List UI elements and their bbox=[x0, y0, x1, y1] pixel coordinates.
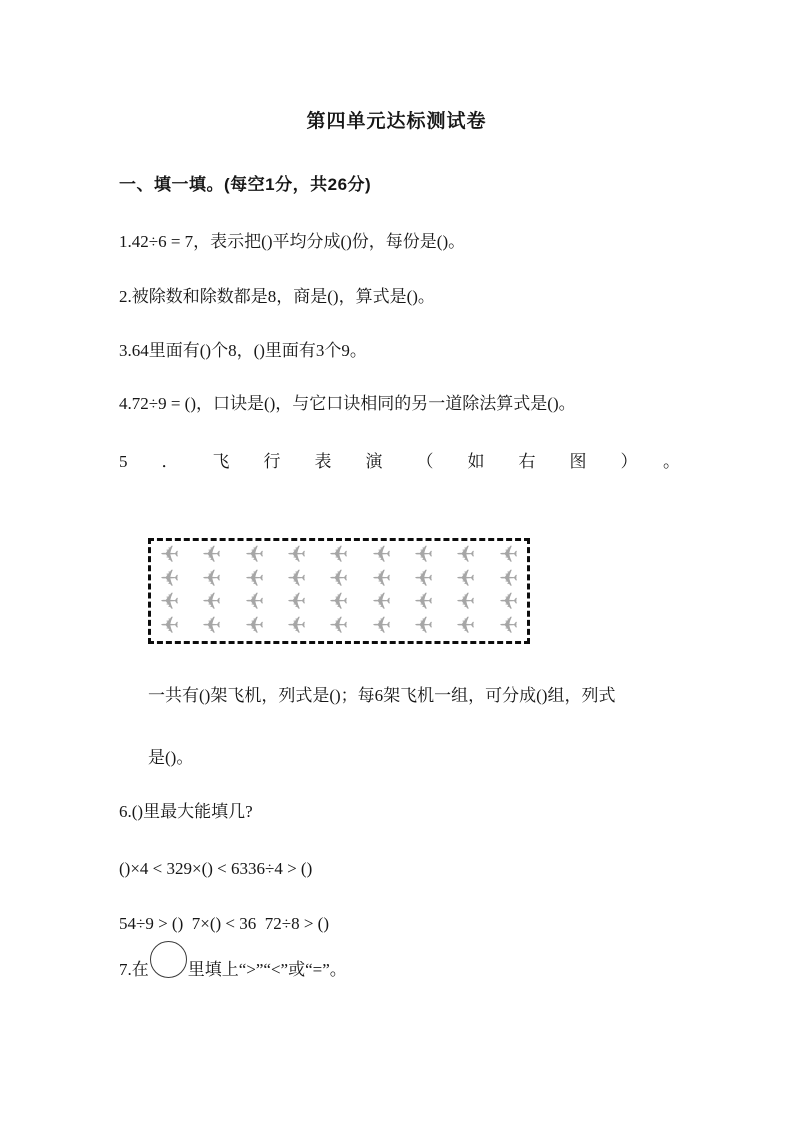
question-3: 3.64里面有()个8，()里面有3个9。 bbox=[119, 338, 367, 363]
airplane-icon: ✈ bbox=[372, 568, 391, 591]
airplane-icon: ✈ bbox=[414, 591, 433, 614]
airplane-icon: ✈ bbox=[202, 591, 221, 614]
airplane-icon: ✈ bbox=[287, 544, 306, 567]
airplane-row: ✈✈✈✈✈✈✈✈✈ bbox=[160, 615, 518, 638]
airplane-icon: ✈ bbox=[245, 591, 264, 614]
airplane-icon: ✈ bbox=[372, 544, 391, 567]
airplane-icon: ✈ bbox=[202, 615, 221, 638]
test-paper-page: 第四单元达标测试卷 一、填一填。(每空1分，共26分) 1.42÷6 = 7，表… bbox=[0, 0, 793, 1122]
airplane-icon: ✈ bbox=[202, 544, 221, 567]
airplane-icon: ✈ bbox=[456, 544, 475, 567]
comparison-circle-shape bbox=[150, 941, 187, 978]
airplane-icon: ✈ bbox=[414, 568, 433, 591]
airplane-icon: ✈ bbox=[499, 615, 518, 638]
airplane-icon: ✈ bbox=[456, 568, 475, 591]
airplane-row: ✈✈✈✈✈✈✈✈✈ bbox=[160, 591, 518, 614]
question-1: 1.42÷6 = 7，表示把()平均分成()份，每份是()。 bbox=[119, 229, 465, 254]
airplane-icon: ✈ bbox=[414, 615, 433, 638]
airplane-icon: ✈ bbox=[329, 615, 348, 638]
airplane-icon: ✈ bbox=[160, 615, 179, 638]
airplane-icon: ✈ bbox=[499, 591, 518, 614]
airplane-icon: ✈ bbox=[287, 591, 306, 614]
question-4: 4.72÷9 = ()，口诀是()，与它口诀相同的另一道除法算式是()。 bbox=[119, 391, 576, 416]
question-5: 5．飞行表演（如右图）。 bbox=[119, 449, 680, 474]
airplane-icon: ✈ bbox=[245, 544, 264, 567]
airplane-icon: ✈ bbox=[372, 615, 391, 638]
airplane-row: ✈✈✈✈✈✈✈✈✈ bbox=[160, 568, 518, 591]
airplane-icon: ✈ bbox=[499, 568, 518, 591]
question-6-inequalities-row2: 54÷9 > () 7×() < 36 72÷8 > () bbox=[119, 911, 329, 936]
question-5-continued-line1: 一共有()架飞机，列式是()；每6架飞机一组，可分成()组，列式 bbox=[148, 683, 615, 708]
question-6: 6.()里最大能填几? bbox=[119, 799, 253, 824]
airplane-icon: ✈ bbox=[329, 568, 348, 591]
airplane-icon: ✈ bbox=[202, 568, 221, 591]
airplane-icon: ✈ bbox=[456, 615, 475, 638]
airplane-icon: ✈ bbox=[245, 568, 264, 591]
airplane-icon: ✈ bbox=[456, 591, 475, 614]
airplane-icon: ✈ bbox=[160, 591, 179, 614]
question-5-continued-line2: 是()。 bbox=[148, 745, 193, 770]
airplane-figure-box: ✈✈✈✈✈✈✈✈✈✈✈✈✈✈✈✈✈✈✈✈✈✈✈✈✈✈✈✈✈✈✈✈✈✈✈✈ bbox=[148, 538, 530, 644]
airplane-icon: ✈ bbox=[414, 544, 433, 567]
question-2: 2.被除数和除数都是8，商是()，算式是()。 bbox=[119, 284, 435, 309]
airplane-row: ✈✈✈✈✈✈✈✈✈ bbox=[160, 544, 518, 567]
section-1-heading: 一、填一填。(每空1分，共26分) bbox=[119, 172, 371, 197]
airplane-icon: ✈ bbox=[160, 568, 179, 591]
page-title: 第四单元达标测试卷 bbox=[0, 106, 793, 133]
question-7-prefix: 7.在 bbox=[119, 955, 149, 980]
question-6-inequalities-row1: ()×4 < 329×() < 6336÷4 > () bbox=[119, 856, 312, 881]
question-7: 7.在 里填上“>”“<”或“=”。 bbox=[119, 944, 347, 990]
airplane-icon: ✈ bbox=[160, 544, 179, 567]
airplane-icon: ✈ bbox=[372, 591, 391, 614]
airplane-icon: ✈ bbox=[287, 615, 306, 638]
airplane-icon: ✈ bbox=[245, 615, 264, 638]
airplane-icon: ✈ bbox=[329, 544, 348, 567]
airplane-icon: ✈ bbox=[329, 591, 348, 614]
airplane-icon: ✈ bbox=[499, 544, 518, 567]
question-7-suffix: 里填上“>”“<”或“=”。 bbox=[188, 955, 347, 980]
airplane-icon: ✈ bbox=[287, 568, 306, 591]
